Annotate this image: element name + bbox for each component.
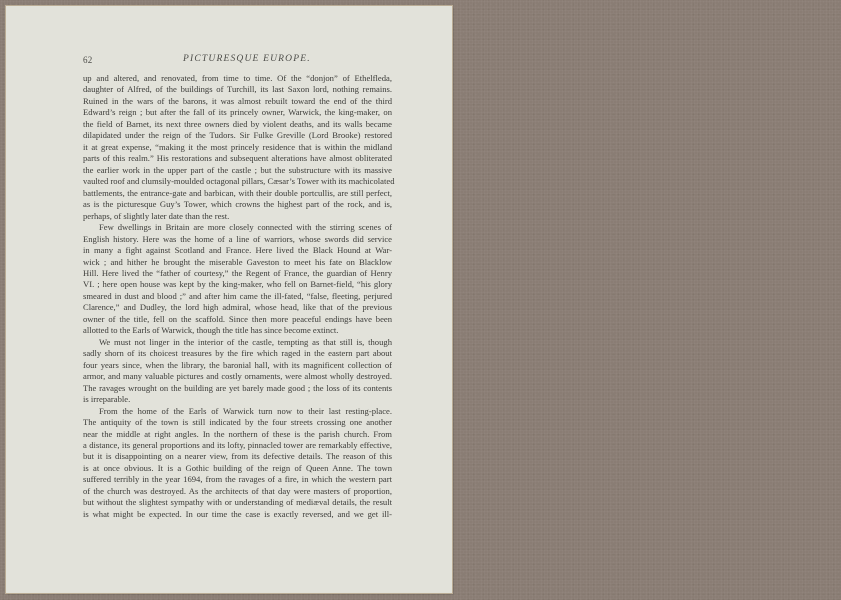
page-number: 62 (83, 55, 93, 65)
text-line: daughter of Alfred, of the buildings of … (83, 84, 392, 95)
text-line: Ruined in the wars of the barons, it was… (83, 96, 392, 107)
text-line: armor, and many valuable pictures and co… (83, 371, 392, 382)
text-line: but without the slightest sympathy with … (83, 497, 392, 508)
paragraph-3: We must not linger in the interior of th… (83, 337, 392, 406)
paragraph-4: From the home of the Earls of Warwick tu… (83, 406, 392, 521)
text-line: battlements, the entrance-gate and barbi… (83, 188, 392, 199)
text-line: of the church was destroyed. As the arch… (83, 486, 392, 497)
running-head: 62 PICTURESQUE EUROPE. (83, 55, 393, 67)
text-line: near the middle at right angles. In the … (83, 429, 392, 440)
text-line: smeared in dust and blood ;” and after h… (83, 291, 392, 302)
text-line: Hill. Here lived the “father of courtesy… (83, 268, 392, 279)
text-line: suffered terribly in the year 1694, from… (83, 474, 392, 485)
text-line: four years since, when the library, the … (83, 360, 392, 371)
text-line: is what might be expected. In our time t… (83, 509, 392, 520)
text-line: wick ; and hither he brought the miserab… (83, 257, 392, 268)
text-line: a distance, its general proportions and … (83, 440, 392, 451)
text-line: the earlier work in the upper part of th… (83, 165, 392, 176)
text-line: The antiquity of the town is still indic… (83, 417, 392, 428)
text-line: vaulted roof and clumsily-moulded octago… (83, 176, 392, 187)
text-line: Few dwellings in Britain are more closel… (83, 222, 392, 233)
text-line: sadly shorn of its choicest treasures by… (83, 348, 392, 359)
text-line: it at great expense, “making it the most… (83, 142, 392, 153)
text-line: allotted to the Earls of Warwick, though… (83, 325, 392, 336)
text-line: Edward’s reign ; but after the fall of i… (83, 107, 392, 118)
running-title: PICTURESQUE EUROPE. (183, 54, 311, 64)
text-line: We must not linger in the interior of th… (83, 337, 392, 348)
text-line: parts of this realm.” His restorations a… (83, 153, 392, 164)
book-page: 62 PICTURESQUE EUROPE. up and altered, a… (6, 6, 452, 593)
text-line: is at once obvious. It is a Gothic build… (83, 463, 392, 474)
text-line: up and altered, and renovated, from time… (83, 73, 392, 84)
paragraph-1: up and altered, and renovated, from time… (83, 73, 392, 222)
text-line: perhaps, of slightly later date than the… (83, 211, 392, 222)
text-line: the field of Barnet, its next three owne… (83, 119, 392, 130)
text-line: Clarence,” and Dudley, the lord high adm… (83, 302, 392, 313)
text-line: The ravages wrought on the building are … (83, 383, 392, 394)
body-text: up and altered, and renovated, from time… (83, 73, 392, 520)
text-line: VI. ; here open house was kept by the ki… (83, 279, 392, 290)
text-line: in many a fight against Scotland and Fra… (83, 245, 392, 256)
text-line: as is the picturesque Guy’s Tower, which… (83, 199, 392, 210)
text-line: but it is disappointing on a nearer view… (83, 451, 392, 462)
text-line: From the home of the Earls of Warwick tu… (83, 406, 392, 417)
text-line: dilapidated under the reign of the Tudor… (83, 130, 392, 141)
paragraph-2: Few dwellings in Britain are more closel… (83, 222, 392, 337)
text-line: owner of the title, fell on the scaffold… (83, 314, 392, 325)
text-line: is irreparable. (83, 394, 392, 405)
text-line: English history. Here was the home of a … (83, 234, 392, 245)
